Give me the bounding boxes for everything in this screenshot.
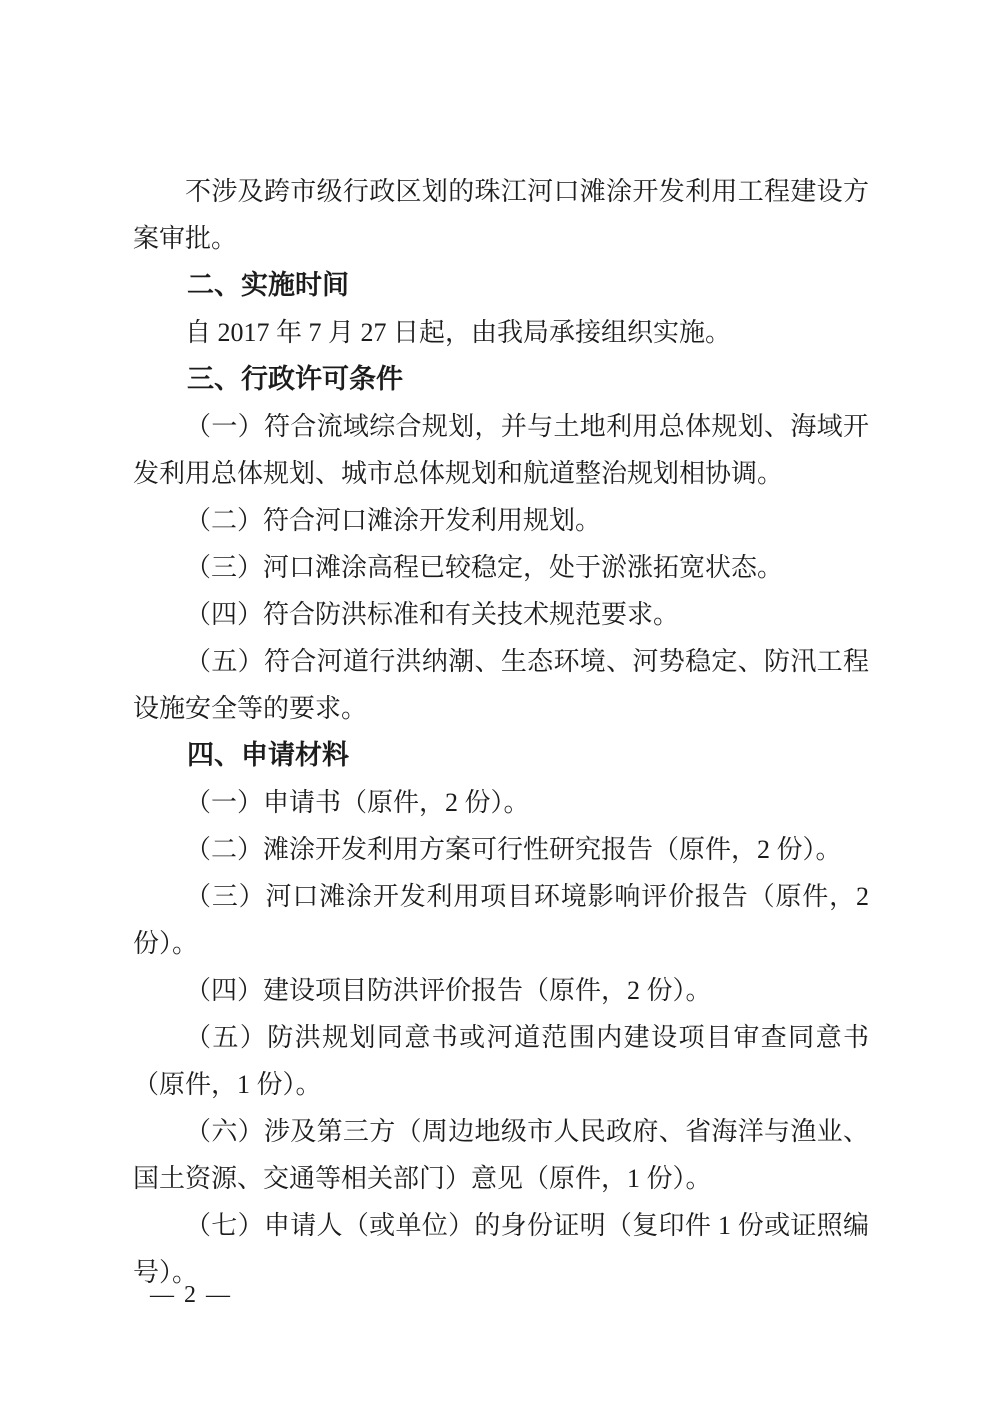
material-1: （一）申请书（原件，2 份）。: [133, 779, 869, 826]
condition-3: （三）河口滩涂高程已较稳定，处于淤涨拓宽状态。: [133, 544, 869, 591]
material-3: （三）河口滩涂开发利用项目环境影响评价报告（原件，2 份）。: [133, 873, 869, 967]
condition-1: （一）符合流域综合规划，并与土地利用总体规划、海域开发利用总体规划、城市总体规划…: [133, 403, 869, 497]
page-number: — 2 —: [150, 1282, 232, 1308]
condition-2: （二）符合河口滩涂开发利用规划。: [133, 497, 869, 544]
page-footer: — 2 —: [150, 1282, 232, 1309]
heading-section-2-implementation-time: 二、实施时间: [133, 262, 869, 309]
condition-5: （五）符合河道行洪纳潮、生态环境、河势稳定、防汛工程设施安全等的要求。: [133, 638, 869, 732]
paragraph-approval-scope: 不涉及跨市级行政区划的珠江河口滩涂开发利用工程建设方案审批。: [133, 168, 869, 262]
heading-section-3-permit-conditions: 三、行政许可条件: [133, 356, 869, 403]
material-7: （七）申请人（或单位）的身份证明（复印件 1 份或证照编号）。: [133, 1202, 869, 1296]
document-page: 不涉及跨市级行政区划的珠江河口滩涂开发利用工程建设方案审批。 二、实施时间 自 …: [0, 0, 1000, 1415]
material-6: （六）涉及第三方（周边地级市人民政府、省海洋与渔业、国土资源、交通等相关部门）意…: [133, 1108, 869, 1202]
paragraph-implementation-date: 自 2017 年 7 月 27 日起，由我局承接组织实施。: [133, 309, 869, 356]
material-4: （四）建设项目防洪评价报告（原件，2 份）。: [133, 967, 869, 1014]
heading-section-4-application-materials: 四、申请材料: [133, 732, 869, 779]
document-content: 不涉及跨市级行政区划的珠江河口滩涂开发利用工程建设方案审批。 二、实施时间 自 …: [133, 168, 869, 1296]
condition-4: （四）符合防洪标准和有关技术规范要求。: [133, 591, 869, 638]
material-2: （二）滩涂开发利用方案可行性研究报告（原件，2 份）。: [133, 826, 869, 873]
material-5: （五）防洪规划同意书或河道范围内建设项目审查同意书（原件，1 份）。: [133, 1014, 869, 1108]
